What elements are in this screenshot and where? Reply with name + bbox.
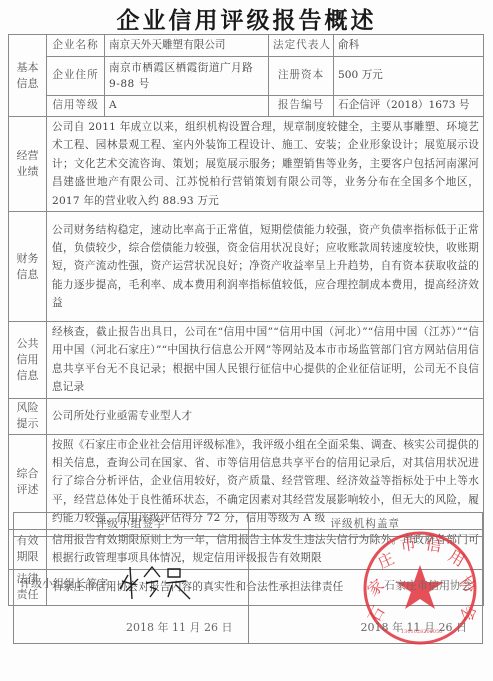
table-row: 风险提示 公司所处行业亟需专业型人才 xyxy=(9,398,484,434)
field-label: 企业住所 xyxy=(47,57,105,96)
signoff-table: 评级小组签字 评级机构盖章 评级小组组长签字： 2018 年 11 月 26 日… xyxy=(13,512,483,644)
credit-grade-value: A xyxy=(105,96,269,117)
section-label: 公共信用信息 xyxy=(9,322,47,399)
field-label: 信用等级 xyxy=(47,96,105,117)
business-performance-text: 公司自 2011 年成立以来，组织机构设置合理，规章制度较健全，主要从事雕塑、环… xyxy=(47,117,484,212)
svg-text:用: 用 xyxy=(445,546,468,570)
team-leader-signature-label: 评级小组组长签字： xyxy=(20,575,119,591)
signature-date: 2018 年 11 月 26 日 xyxy=(126,619,232,635)
risk-warning-text: 公司所处行业亟需专业型人才 xyxy=(47,398,484,434)
field-label: 注册资本 xyxy=(269,57,334,96)
seal-date: 2018 年 11 月 26 日 xyxy=(361,619,467,635)
signature-cell: 评级小组组长签字： 2018 年 11 月 26 日 xyxy=(14,537,249,644)
rating-agency-name: 石家庄市信用协会 xyxy=(384,577,472,593)
table-row: 经营业绩 公司自 2011 年成立以来，组织机构设置合理，规章制度较健全，主要从… xyxy=(9,117,484,212)
svg-text:市: 市 xyxy=(398,534,417,555)
section-label-basic: 基本信息 xyxy=(9,35,47,117)
legal-rep-value: 俞科 xyxy=(334,35,484,57)
table-row: 公共信用信息 经核查，截止报告出具日，公司在“信用中国”“信用中国（河北）”“信… xyxy=(9,322,484,399)
table-row: 基本信息 企业名称 南京天外天雕塑有限公司 法定代表人 俞科 xyxy=(9,35,484,57)
company-address-value: 南京市栖霞区栖霞街道广月路 9-88 号 xyxy=(105,57,269,96)
section-label: 经营业绩 xyxy=(9,117,47,212)
field-label: 报告编号 xyxy=(269,96,334,117)
table-row: 企业住所 南京市栖霞区栖霞街道广月路 9-88 号 注册资本 500 万元 xyxy=(9,57,484,96)
public-credit-text: 经核查，截止报告出具日，公司在“信用中国”“信用中国（河北）”“信用中国（江苏）… xyxy=(47,322,484,399)
section-label: 财务信息 xyxy=(9,212,47,322)
section-label: 风险提示 xyxy=(9,398,47,434)
field-label: 企业名称 xyxy=(47,35,105,57)
document-title: 企业信用评级报告概述 xyxy=(0,2,493,35)
field-label: 法定代表人 xyxy=(269,35,334,57)
seal-cell: 石 家 庄 市 信 用 协 会 1301028200050 石家庄市信用协会 2… xyxy=(248,537,483,644)
rating-team-signature-header: 评级小组签字 xyxy=(14,513,249,537)
financial-info-text: 公司财务结构稳定，速动比率高于正常值，短期偿债能力较强，资产负债率指标低于正常值… xyxy=(47,212,484,322)
registered-capital-value: 500 万元 xyxy=(334,57,484,96)
company-name-value: 南京天外天雕塑有限公司 xyxy=(105,35,269,57)
report-number-value: 石企信评（2018）1673 号 xyxy=(334,96,484,117)
table-row: 财务信息 公司财务结构稳定，速动比率高于正常值，短期偿债能力较强，资产负债率指标… xyxy=(9,212,484,322)
svg-text:信: 信 xyxy=(424,534,443,555)
handwritten-signature-icon xyxy=(116,559,200,603)
table-row: 信用等级 A 报告编号 石企信评（2018）1673 号 xyxy=(9,96,484,117)
